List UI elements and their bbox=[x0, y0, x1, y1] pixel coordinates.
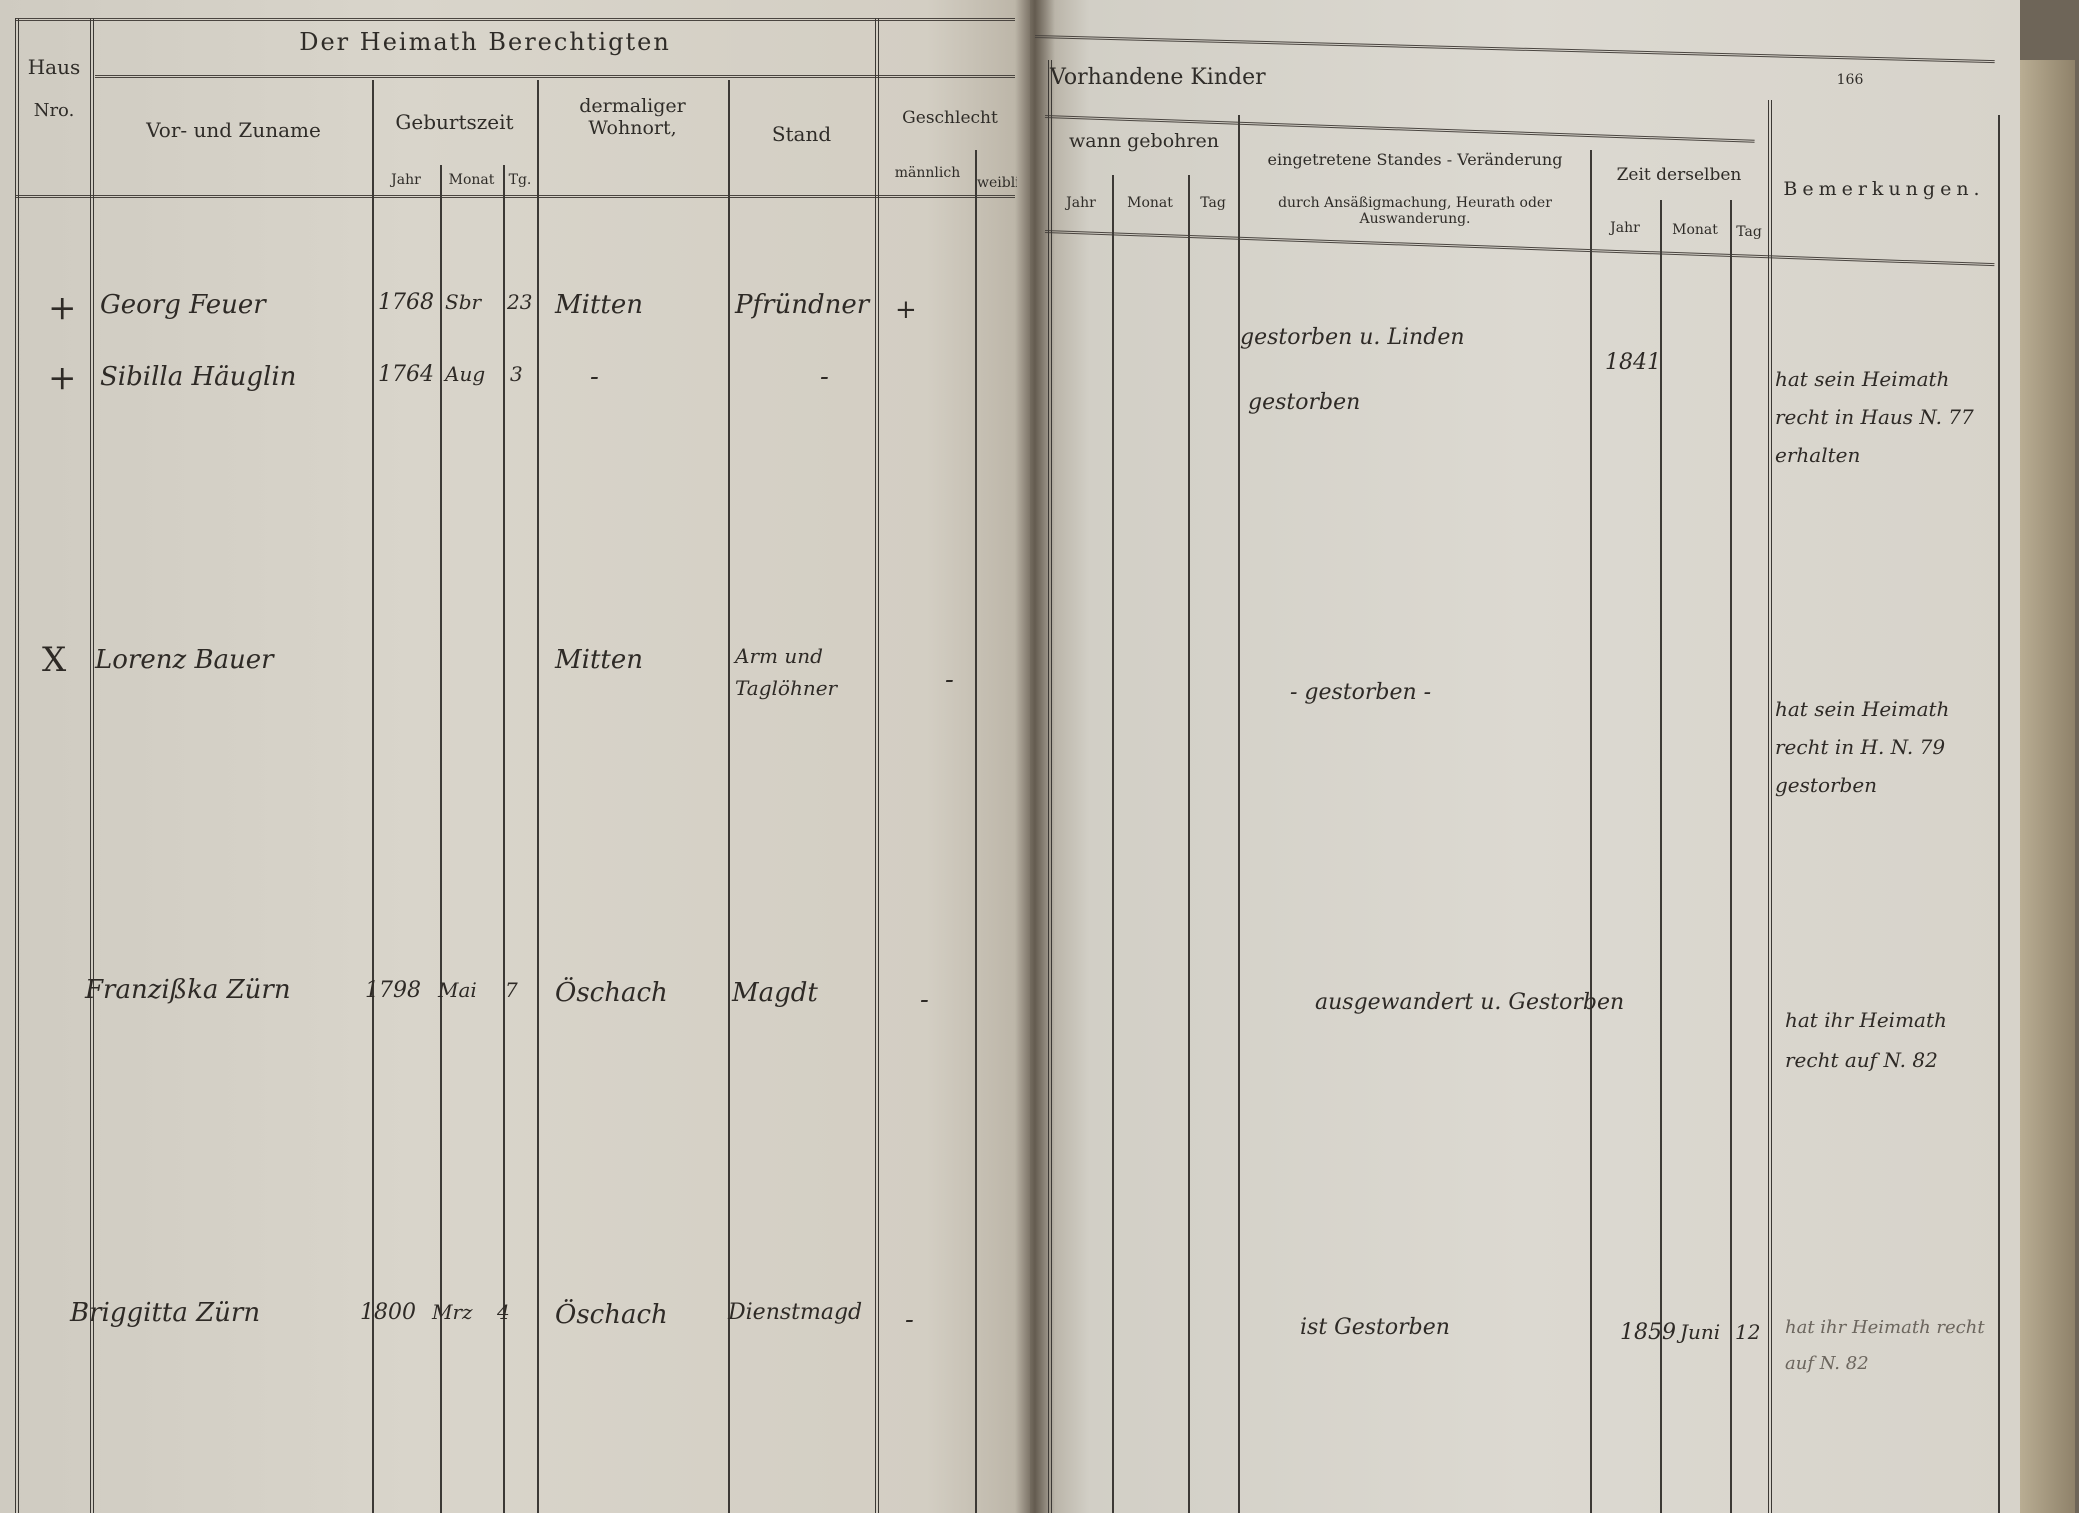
entry-residence: - bbox=[590, 362, 599, 392]
entry-month: Aug bbox=[445, 362, 485, 386]
male-header: männlich bbox=[880, 165, 975, 181]
entry-gender: - bbox=[945, 665, 954, 695]
entry-name: Lorenz Bauer bbox=[95, 645, 274, 675]
entry-mark: + bbox=[48, 288, 77, 328]
entry-name: Briggitta Zürn bbox=[70, 1298, 260, 1328]
entry-day: 23 bbox=[507, 290, 532, 314]
entry-year: 1764 bbox=[378, 362, 434, 387]
entry-year: 1798 bbox=[365, 978, 421, 1003]
children-title: Vorhandene Kinder bbox=[1050, 65, 1350, 90]
entry-residence: Mitten bbox=[555, 290, 643, 320]
entry-residence: Öschach bbox=[555, 1300, 668, 1330]
entry-month: Mai bbox=[438, 978, 477, 1002]
entry-stand: Arm und Taglöhner bbox=[735, 640, 875, 704]
entry-day: 7 bbox=[505, 978, 518, 1002]
entry-year: 1800 bbox=[360, 1300, 416, 1325]
birth-month-header: Monat bbox=[440, 172, 503, 188]
entry-remarks: hat ihr Heimath recht auf N. 82 bbox=[1785, 1000, 1995, 1080]
rule bbox=[537, 80, 539, 1513]
entry-name: Sibilla Häuglin bbox=[100, 362, 296, 392]
time-day-header: Tag bbox=[1730, 224, 1768, 240]
rule bbox=[1660, 200, 1662, 1513]
entry-residence: Öschach bbox=[555, 978, 668, 1008]
birth-day-header: Tg. bbox=[503, 172, 537, 188]
gender-header: Geschlecht bbox=[880, 108, 1020, 128]
entry-change: gestorben u. Linden bbox=[1240, 325, 1465, 350]
entry-month: Sbr bbox=[445, 290, 481, 314]
rule bbox=[1112, 175, 1114, 1513]
entry-month: Mrz bbox=[432, 1300, 473, 1324]
entry-change-month: Juni bbox=[1680, 1320, 1720, 1344]
rule bbox=[1768, 100, 1772, 1513]
entry-remarks: hat sein Heimath recht in Haus N. 77 erh… bbox=[1775, 360, 1995, 474]
entry-stand: Dienstmagd bbox=[728, 1300, 862, 1325]
entry-stand: Magdt bbox=[732, 978, 818, 1008]
header-bottom-rule bbox=[15, 195, 1015, 198]
time-month-header: Monat bbox=[1660, 222, 1730, 238]
entry-change: ist Gestorben bbox=[1300, 1315, 1450, 1340]
rule bbox=[1730, 200, 1732, 1513]
entry-gender: + bbox=[895, 295, 917, 325]
entry-change: gestorben bbox=[1248, 390, 1360, 415]
entry-mark: + bbox=[48, 358, 77, 398]
rule bbox=[1188, 175, 1190, 1513]
entry-stand: - bbox=[820, 362, 829, 392]
entry-name: Georg Feuer bbox=[100, 290, 266, 320]
stand-header: Stand bbox=[728, 122, 875, 146]
entry-stand: Pfründner bbox=[735, 290, 869, 320]
rule bbox=[1590, 150, 1592, 1513]
top-rule bbox=[15, 18, 1015, 21]
change-sub-header: durch Ansäßigmachung, Heurath oder Auswa… bbox=[1250, 195, 1580, 227]
time-year-header: Jahr bbox=[1590, 220, 1660, 236]
change-header: eingetretene Standes - Veränderung bbox=[1240, 150, 1590, 169]
entry-change-day: 12 bbox=[1735, 1320, 1760, 1344]
entry-remarks: hat sein Heimath recht in H. N. 79 gesto… bbox=[1775, 690, 1995, 804]
rule bbox=[90, 18, 94, 1513]
entry-change: ausgewandert u. Gestorben bbox=[1315, 990, 1624, 1015]
entry-name: Franzißka Zürn bbox=[85, 975, 291, 1005]
remarks-header: Bemerkungen. bbox=[1770, 178, 1998, 200]
rule bbox=[372, 80, 374, 1513]
born-header: wann gebohren bbox=[1050, 130, 1238, 152]
page-number: 166 bbox=[1820, 72, 1880, 88]
entry-day: 3 bbox=[510, 362, 523, 386]
haus-header: Haus bbox=[18, 55, 90, 79]
rule bbox=[1048, 60, 1052, 1513]
group-title: Der Heimath Berechtigten bbox=[95, 28, 875, 56]
rule bbox=[15, 18, 19, 1513]
entry-day: 4 bbox=[497, 1300, 510, 1324]
birth-header: Geburtszeit bbox=[372, 110, 537, 134]
entry-gender: - bbox=[920, 985, 929, 1015]
residence-header: dermaliger Wohnort, bbox=[545, 95, 720, 139]
born-month-header: Monat bbox=[1112, 195, 1188, 211]
born-day-header: Tag bbox=[1188, 195, 1238, 211]
entry-gender: - bbox=[905, 1305, 914, 1335]
name-header: Vor- und Zuname bbox=[95, 118, 372, 142]
entry-remarks: hat ihr Heimath recht auf N. 82 bbox=[1785, 1310, 1995, 1382]
entry-mark: X bbox=[42, 640, 66, 680]
entry-residence: Mitten bbox=[555, 645, 643, 675]
rule bbox=[975, 150, 977, 1513]
entry-change: - gestorben - bbox=[1290, 680, 1431, 705]
entry-change-year: 1841 bbox=[1605, 350, 1661, 375]
rule bbox=[728, 80, 730, 1513]
female-header: weiblich bbox=[977, 175, 1017, 191]
birth-year-header: Jahr bbox=[372, 172, 440, 188]
entry-change-year: 1859 bbox=[1620, 1320, 1676, 1345]
born-year-header: Jahr bbox=[1050, 195, 1112, 211]
rule bbox=[875, 18, 879, 1513]
rule bbox=[1998, 115, 2000, 1513]
time-header: Zeit derselben bbox=[1590, 165, 1768, 185]
nro-header: Nro. bbox=[18, 100, 90, 121]
entry-year: 1768 bbox=[378, 290, 434, 315]
